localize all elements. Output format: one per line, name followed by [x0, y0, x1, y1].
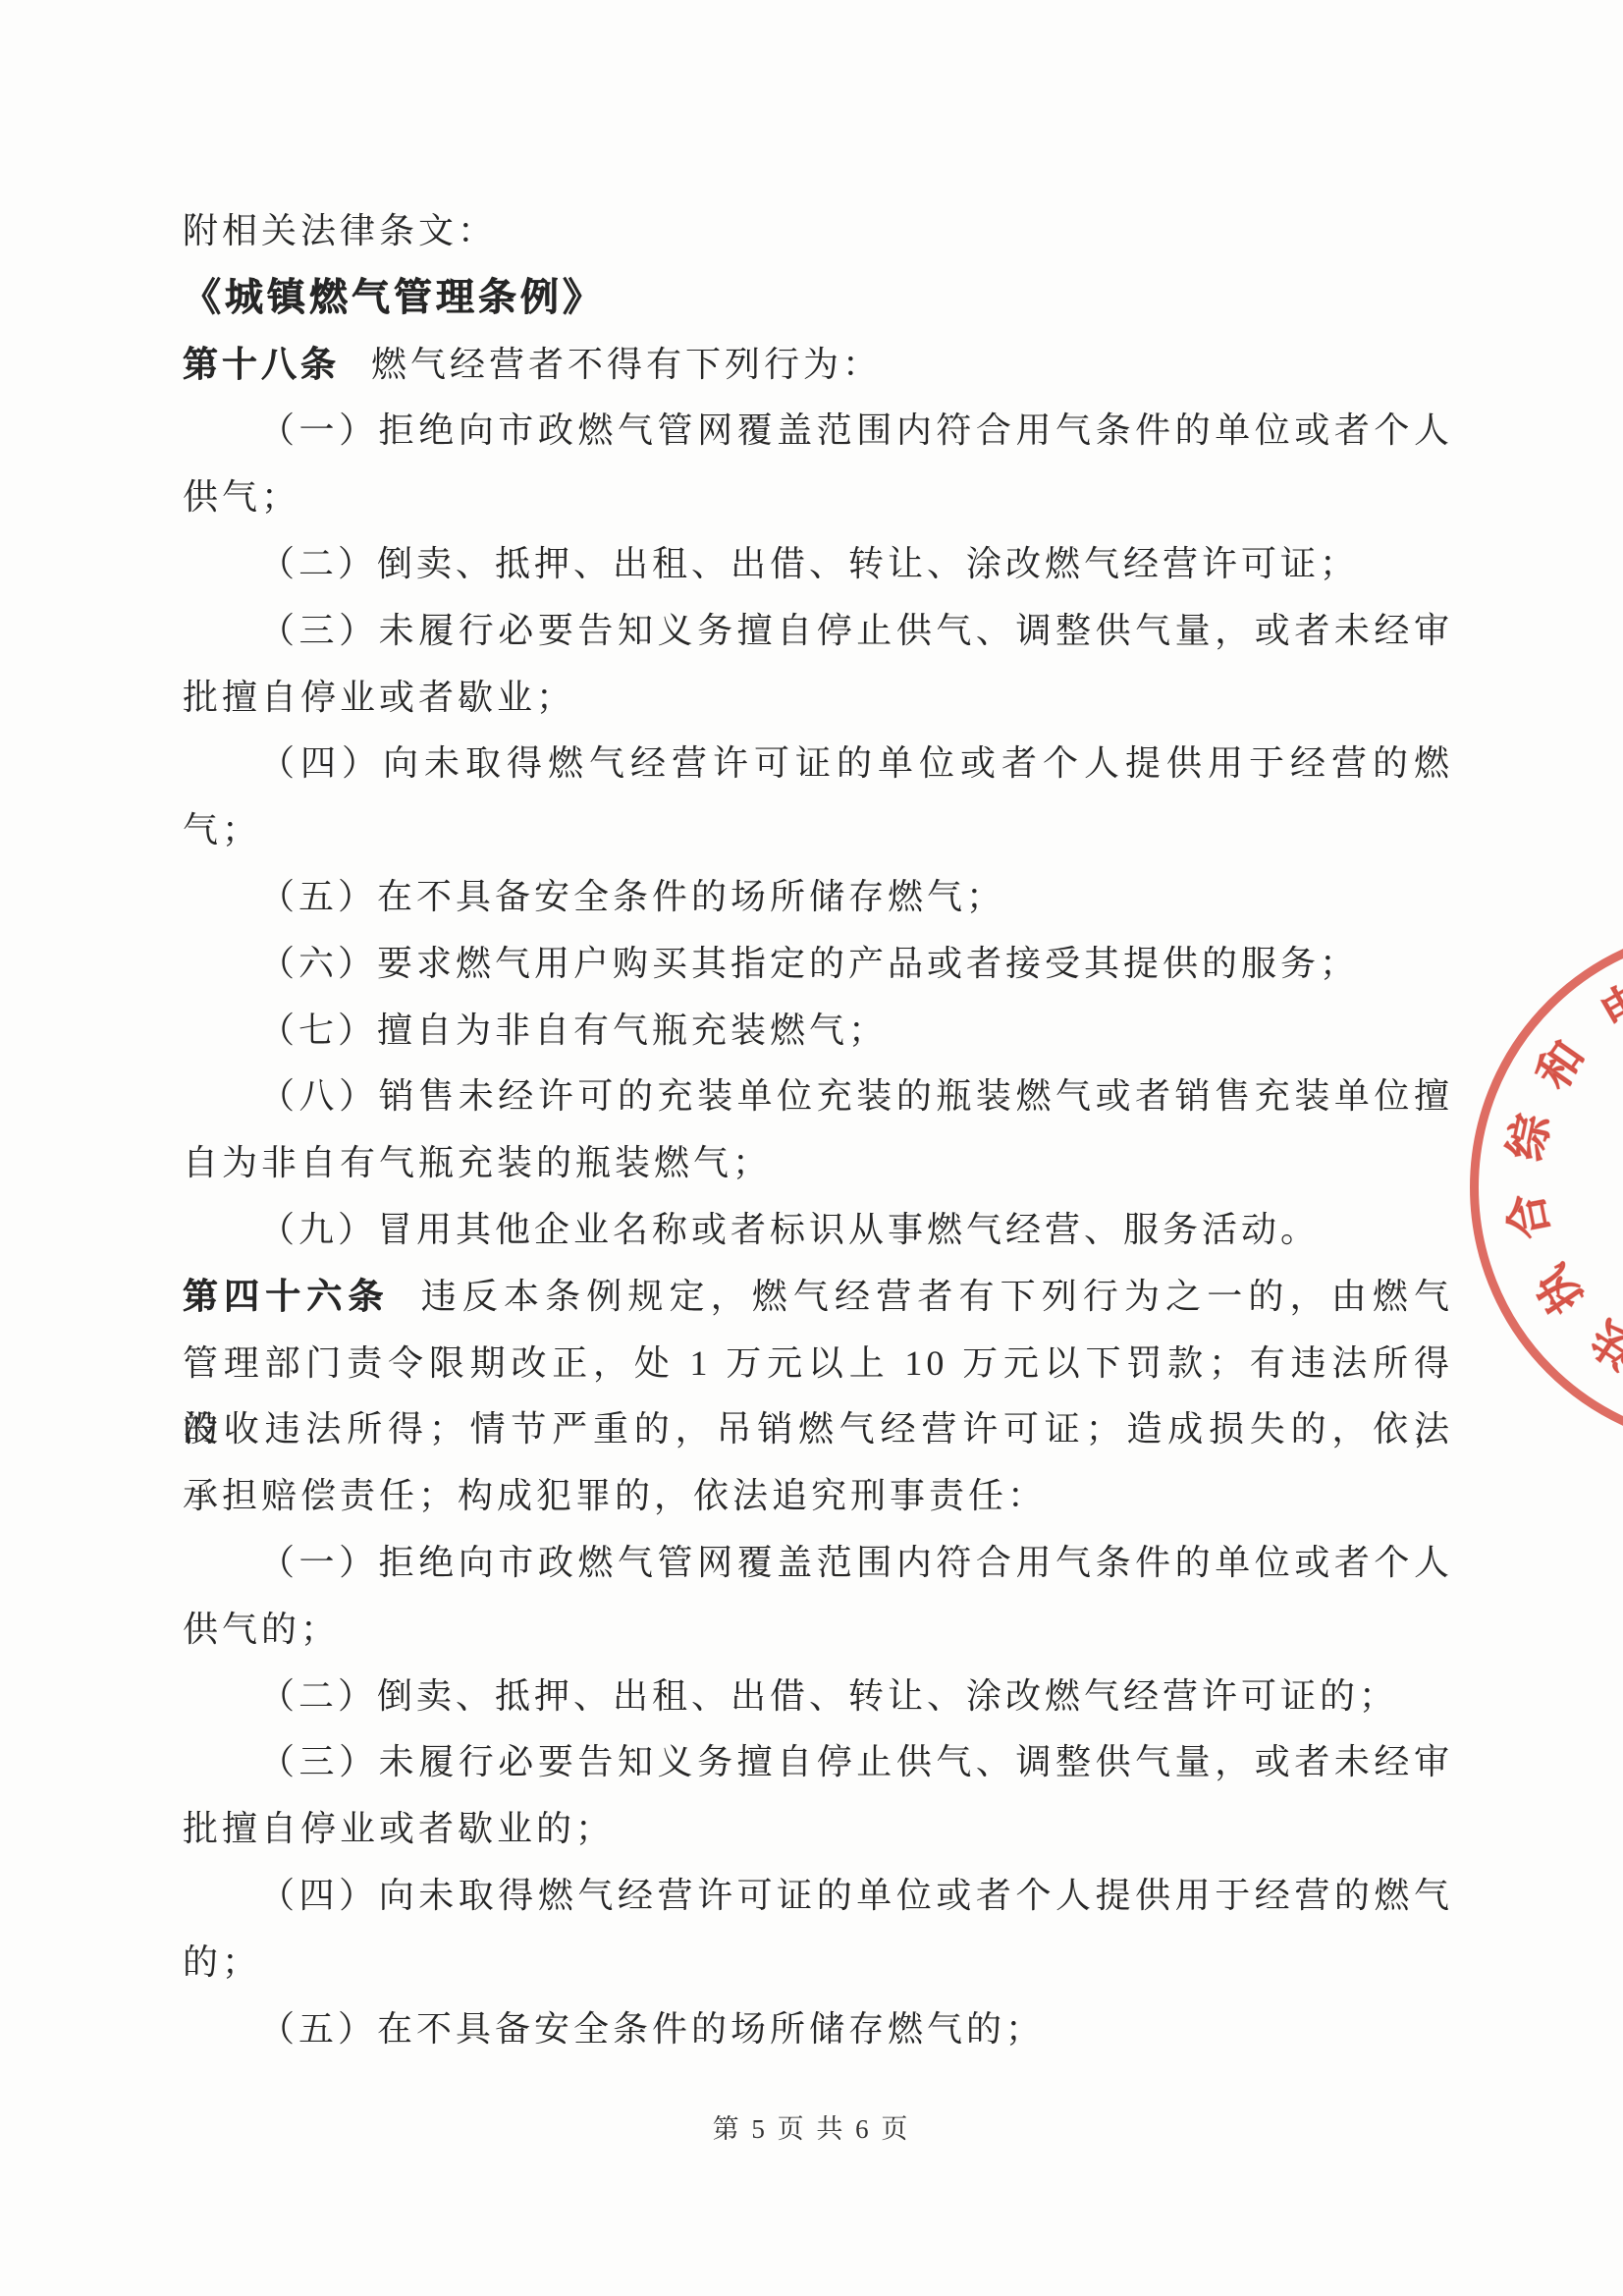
doc-line: （九）冒用其他企业名称或者标识从事燃气经营、服务活动。 — [183, 1197, 1453, 1264]
doc-line-text: 气； — [183, 810, 261, 849]
doc-line: （四）向未取得燃气经营许可证的单位或者个人提供用于经营的燃 — [183, 731, 1453, 797]
doc-line-text: （九）冒用其他企业名称或者标识从事燃气经营、服务活动。 — [259, 1210, 1320, 1249]
doc-line-text: 承担赔偿责任；构成犯罪的，依法追究刑事责任： — [183, 1476, 1047, 1515]
doc-line: （一）拒绝向市政燃气管网覆盖范围内符合用气条件的单位或者个人 — [183, 1530, 1453, 1597]
doc-line: （三）未履行必要告知义务擅自停止供气、调整供气量，或者未经审 — [183, 1729, 1453, 1796]
doc-line: （六）要求燃气用户购买其指定的产品或者接受其提供的服务； — [183, 931, 1453, 998]
doc-line: 的； — [183, 1930, 1453, 1996]
attachment-note-line: 附相关法律条文： — [183, 198, 1453, 265]
doc-line-text: （五）在不具备安全条件的场所储存燃气； — [259, 877, 1005, 916]
seal-character: 申 — [1587, 964, 1623, 1043]
doc-line-text: （三）未履行必要告知义务擅自停止供气、调整供气量，或者未经审 — [259, 1742, 1453, 1781]
doc-line-text: （四）向未取得燃气经营许可证的单位或者个人提供用于经营的燃气 — [259, 1876, 1453, 1915]
page-number-footer: 第 5 页 共 6 页 — [0, 2107, 1623, 2146]
doc-line: 管理部门责令限期改正，处 1 万元以上 10 万元以下罚款；有违法所得的， — [183, 1331, 1453, 1397]
seal-character: 综 — [1489, 1108, 1562, 1166]
doc-line-text: 自为非自有气瓶充装的瓶装燃气； — [183, 1143, 772, 1182]
doc-line: （一）拒绝向市政燃气管网覆盖范围内符合用气条件的单位或者个人 — [183, 398, 1453, 465]
article-18-opening-line: 第十八条燃气经营者不得有下列行为： — [183, 332, 1453, 399]
doc-line: （八）销售未经许可的充装单位充装的瓶装燃气或者销售充装单位擅 — [183, 1064, 1453, 1130]
doc-line-text: （二）倒卖、抵押、出租、出借、转让、涂改燃气经营许可证的； — [259, 1676, 1398, 1716]
seal-character: 合 — [1489, 1188, 1562, 1245]
doc-line-text: （二）倒卖、抵押、出租、出借、转让、涂改燃气经营许可证； — [259, 544, 1359, 583]
doc-line: （五）在不具备安全条件的场所储存燃气的； — [183, 1996, 1453, 2063]
doc-line: 气； — [183, 797, 1453, 864]
document-body: 附相关法律条文： 《城镇燃气管理条例》 第十八条燃气经营者不得有下列行为： （一… — [183, 198, 1453, 2062]
doc-line: 供气的； — [183, 1597, 1453, 1664]
doc-line-text: （一）拒绝向市政燃气管网覆盖范围内符合用气条件的单位或者个人 — [259, 1543, 1453, 1582]
doc-line: 供气； — [183, 465, 1453, 531]
doc-line-text: （五）在不具备安全条件的场所储存燃气的； — [259, 2009, 1045, 2049]
doc-line: 批擅自停业或者歇业； — [183, 665, 1453, 732]
doc-line-text: 批擅自停业或者歇业的； — [183, 1809, 615, 1848]
doc-line: （二）倒卖、抵押、出租、出借、转让、涂改燃气经营许可证； — [183, 531, 1453, 598]
doc-line: 承担赔偿责任；构成犯罪的，依法追究刑事责任： — [183, 1463, 1453, 1530]
regulation-title-text: 《城镇燃气管理条例》 — [183, 277, 605, 319]
doc-line: 自为非自有气瓶充装的瓶装燃气； — [183, 1130, 1453, 1197]
article-18-intro-text: 燃气经营者不得有下列行为： — [371, 345, 882, 384]
article-46-label: 第四十六条 — [183, 1277, 390, 1316]
article-46-intro-text: 违反本条例规定，燃气经营者有下列行为之一的，由燃气 — [421, 1277, 1453, 1316]
seal-ring-arc — [1470, 925, 1623, 1449]
doc-line-text: 供气的； — [183, 1610, 340, 1649]
doc-line: （二）倒卖、抵押、出租、出借、转让、涂改燃气经营许可证的； — [183, 1664, 1453, 1730]
doc-line-text: 批擅自停业或者歇业； — [183, 678, 575, 717]
attachment-note-text: 附相关法律条文： — [183, 211, 497, 250]
doc-line-text: 的； — [183, 1942, 261, 1982]
regulation-title-line: 《城镇燃气管理条例》 — [183, 265, 1453, 332]
doc-line-text: （八）销售未经许可的充装单位充装的瓶装燃气或者销售充装单位擅 — [259, 1076, 1453, 1116]
seal-character: 执 — [1517, 1254, 1596, 1328]
seal-character: 法 — [1577, 1308, 1623, 1387]
doc-line-text: （四）向未取得燃气经营许可证的单位或者个人提供用于经营的燃 — [259, 743, 1453, 783]
scanned-document-page: 附相关法律条文： 《城镇燃气管理条例》 第十八条燃气经营者不得有下列行为： （一… — [0, 0, 1623, 2296]
article-18-label: 第十八条 — [183, 345, 340, 384]
doc-line-text: 供气； — [183, 477, 300, 517]
doc-line: （三）未履行必要告知义务擅自停止供气、调整供气量，或者未经审 — [183, 598, 1453, 665]
doc-line-text: （一）拒绝向市政燃气管网覆盖范围内符合用气条件的单位或者个人 — [259, 410, 1453, 450]
doc-line: 批擅自停业或者歇业的； — [183, 1796, 1453, 1863]
doc-line: （七）擅自为非自有气瓶充装燃气； — [183, 998, 1453, 1065]
doc-line-text: （七）擅自为非自有气瓶充装燃气； — [259, 1011, 888, 1050]
doc-line-text: （三）未履行必要告知义务擅自停止供气、调整供气量，或者未经审 — [259, 611, 1453, 650]
doc-line: （五）在不具备安全条件的场所储存燃气； — [183, 864, 1453, 931]
doc-line-text: 没收违法所得；情节严重的，吊销燃气经营许可证；造成损失的，依法 — [183, 1409, 1453, 1449]
seal-character: 和 — [1519, 1026, 1597, 1101]
doc-line: （四）向未取得燃气经营许可证的单位或者个人提供用于经营的燃气 — [183, 1863, 1453, 1930]
doc-line-text: （六）要求燃气用户购买其指定的产品或者接受其提供的服务； — [259, 944, 1359, 983]
article-46-opening-line: 第四十六条违反本条例规定，燃气经营者有下列行为之一的，由燃气 — [183, 1264, 1453, 1331]
doc-line: 没收违法所得；情节严重的，吊销燃气经营许可证；造成损失的，依法 — [183, 1396, 1453, 1463]
